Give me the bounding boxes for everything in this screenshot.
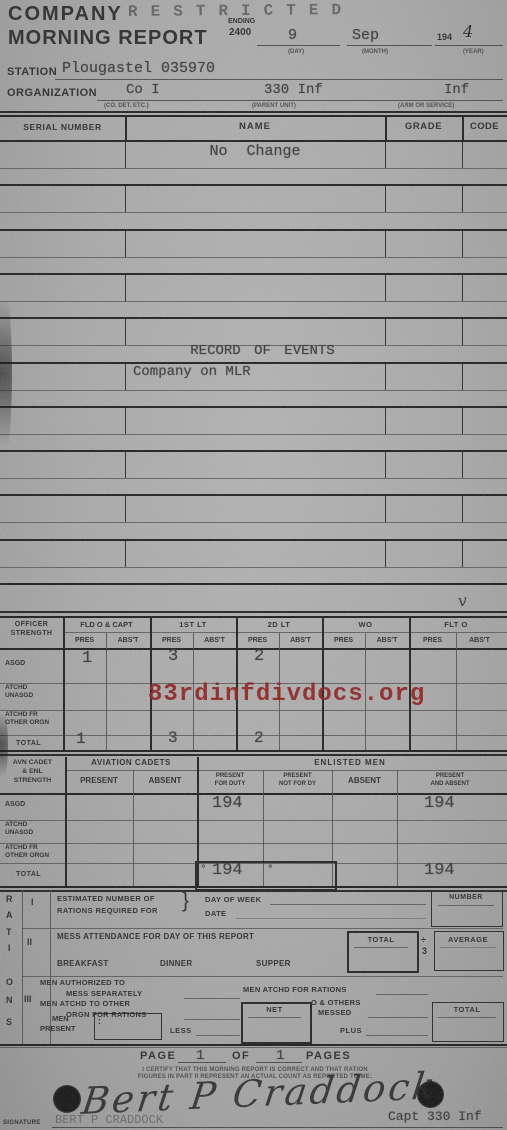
handwritten-check-mark: v: [457, 593, 468, 610]
officer-sub-pres: PRES: [409, 637, 456, 644]
officer-row-atchdfr-label-2: OTHER ORGN: [5, 720, 49, 727]
station-value: Plougastel 035970: [62, 61, 215, 76]
net-box-label: NET: [241, 1006, 308, 1014]
rations-section2-numeral: II: [27, 938, 32, 947]
roster-col-name: NAME: [125, 122, 385, 132]
officer-sub-abst: ABS'T: [365, 637, 409, 644]
officer-total-2lt-pres: 2: [254, 730, 264, 746]
plus-label: PLUS: [340, 1027, 362, 1035]
day-sublabel: (DAY): [288, 49, 304, 55]
officer-sub-pres: PRES: [322, 637, 365, 644]
avn-col-pnfd-line1: PRESENT: [263, 773, 332, 779]
avn-row-atchdfr-label-1: ATCHD FR: [5, 845, 38, 852]
form-title-line2: MORNING REPORT: [8, 28, 208, 48]
roster-col-grade: GRADE: [385, 122, 462, 132]
roster-row: [0, 273, 507, 319]
present-label: PRESENT: [40, 1025, 75, 1033]
date-day-value: 9: [288, 28, 297, 43]
messed-label: MESSED: [318, 1009, 351, 1017]
archive-watermark: 83rdinfdivdocs.org: [148, 681, 425, 708]
supper-label: SUPPER: [256, 960, 291, 968]
organization-arm: Inf: [444, 83, 469, 97]
officer-group-2d-lt: 2D LT: [236, 621, 322, 629]
rations-vertical-letter: I: [8, 944, 11, 953]
avn-row-asgd-label: ASGD: [5, 801, 25, 808]
rank-and-unit: Capt 330 Inf: [388, 1110, 482, 1123]
o-and-others-label: O & OTHERS: [311, 999, 361, 1007]
avn-col-cadet-present: PRESENT: [65, 777, 133, 785]
page-label: PAGE: [140, 1051, 176, 1062]
roster-row: [0, 362, 507, 408]
page-number: 1: [196, 1049, 204, 1063]
officer-sub-pres: PRES: [236, 637, 279, 644]
ending-time: 2400: [229, 28, 251, 38]
average-box-label: AVERAGE: [434, 936, 502, 944]
roster-row: [0, 229, 507, 275]
signature-label: SIGNATURE: [3, 1120, 41, 1126]
avn-row-total-label: TOTAL: [16, 871, 41, 878]
total-enlisted-highlight-box: [195, 861, 337, 891]
officer-row-atchd-label-2: UNASGD: [5, 693, 33, 700]
number-box-label: NUMBER: [431, 894, 501, 901]
avn-header-line2: & ENL: [0, 769, 65, 776]
ending-label: ENDING: [228, 18, 255, 25]
roster-row: [0, 494, 507, 541]
rations1-line2: RATIONS REQUIRED FOR: [57, 907, 158, 915]
avn-col-pa-line1: PRESENT: [397, 773, 503, 779]
officer-row-atchdfr-label-1: ATCHD FR: [5, 712, 38, 719]
rations-vertical-letter: A: [6, 911, 13, 920]
officer-asgd-2lt-pres: 2: [254, 648, 264, 665]
punch-hole-left: [53, 1085, 81, 1113]
divisor: 3: [422, 947, 427, 956]
date-month-value: Sep: [352, 28, 379, 43]
officer-sub-pres: PRES: [63, 637, 106, 644]
less-label: LESS: [170, 1027, 192, 1035]
rations-vertical-letter: N: [6, 996, 13, 1005]
mess-attendance-title: MESS ATTENDANCE FOR DAY OF THIS REPORT: [57, 933, 254, 941]
rations-total-box-label: TOTAL: [432, 1006, 502, 1014]
men-present-colon: :: [98, 1017, 101, 1026]
officer-sub-abst: ABS'T: [106, 637, 150, 644]
avn-col-pfd-line2: FOR DUTY: [197, 781, 263, 787]
divide-sign: ÷: [421, 936, 426, 945]
avn-total-present-and-absent: 194: [424, 862, 455, 879]
officer-asgd-fldo-pres: 1: [82, 650, 92, 667]
rations-vertical-letter: R: [6, 895, 13, 904]
rations-vertical-letter: T: [6, 928, 12, 937]
arm-sublabel: (ARM OR SERVICE): [398, 103, 454, 109]
officer-group-wo: WO: [322, 621, 409, 629]
men-present-box: [94, 1013, 162, 1040]
avn-col-enl-absent: ABSENT: [332, 777, 397, 785]
officer-total-1lt-pres: 3: [168, 730, 178, 746]
avn-group-enlisted: ENLISTED MEN: [197, 759, 503, 767]
officer-row-atchd-label-1: ATCHD: [5, 685, 27, 692]
roster-entry-no-change: No Change: [125, 144, 385, 159]
officer-sub-pres: PRES: [150, 637, 193, 644]
record-entry: Company on MLR: [133, 365, 251, 379]
men-atchd-other-line1: MEN ATCHD TO OTHER: [40, 1000, 130, 1008]
avn-header-line3: STRENGTH: [0, 778, 65, 785]
organization-parent: 330 Inf: [264, 83, 323, 97]
officer-asgd-1lt-pres: 3: [168, 648, 178, 665]
month-sublabel: (MONTH): [362, 49, 388, 55]
rations-section1-numeral: I: [31, 898, 34, 907]
of-label: OF: [232, 1051, 250, 1062]
officer-group-1st-lt: 1ST LT: [150, 621, 236, 629]
men-label: MEN: [52, 1015, 69, 1023]
roster-row: [0, 450, 507, 496]
avn-header-line1: AVN CADET: [0, 760, 65, 767]
roster-col-serial: SERIAL NUMBER: [0, 123, 125, 132]
year-printed: 194: [437, 33, 452, 42]
officer-group-fldo-capt: FLD O & CAPT: [63, 621, 150, 629]
officer-total-fldo-pres: 1: [76, 731, 86, 747]
organization-label: ORGANIZATION: [7, 88, 97, 99]
record-of-events-title: RECORD OF EVENTS: [125, 344, 400, 358]
dinner-label: DINNER: [160, 960, 192, 968]
avn-row-atchd-label-1: ATCHD: [5, 822, 27, 829]
officer-header-line1: OFFICER: [0, 621, 63, 628]
pages-label: PAGES: [306, 1051, 351, 1062]
company-sublabel: (CO. DET. ETC.): [104, 103, 149, 109]
brace-glyph: }: [182, 890, 189, 911]
avn-row-atchdfr-label-2: OTHER ORGN: [5, 853, 49, 860]
officer-header-line2: STRENGTH: [0, 630, 63, 637]
date-label: DATE: [205, 910, 226, 918]
avn-asgd-present-and-absent: 194: [424, 795, 455, 812]
officer-row-asgd-label: ASGD: [5, 660, 25, 667]
organization-company: Co I: [126, 83, 160, 97]
rations-section3-numeral: III: [24, 995, 32, 1004]
avn-group-cadets: AVIATION CADETS: [65, 759, 197, 767]
avn-col-cadet-absent: ABSENT: [133, 777, 197, 785]
officer-sub-abst: ABS'T: [193, 637, 236, 644]
form-title-line1: COMPANY: [8, 4, 123, 24]
roster-row: [0, 184, 507, 231]
mess-total-box-label: TOTAL: [347, 936, 415, 944]
breakfast-label: BREAKFAST: [57, 960, 109, 968]
men-authorized-line1: MEN AUTHORIZED TO: [40, 979, 125, 987]
officer-sub-abst: ABS'T: [279, 637, 322, 644]
mess-separately-label: MESS SEPARATELY: [66, 990, 142, 998]
total-pages: 1: [276, 1049, 284, 1063]
rations-vertical-letter: S: [6, 1018, 12, 1027]
parent-sublabel: (PARENT UNIT): [252, 103, 296, 109]
roster-row: [0, 539, 507, 585]
morning-report-document: COMPANY MORNING REPORT RESTRICTED ENDING…: [0, 0, 507, 1130]
avn-asgd-present-for-duty: 194: [212, 795, 243, 812]
officer-sub-abst: ABS'T: [456, 637, 503, 644]
year-handwritten: 4: [463, 24, 473, 40]
station-label: STATION: [7, 67, 57, 78]
avn-col-pa-line2: AND ABSENT: [397, 781, 503, 787]
avn-col-pfd-line1: PRESENT: [197, 773, 263, 779]
avn-col-pnfd-line2: NOT FOR DY: [263, 781, 332, 787]
roster-row: [0, 406, 507, 452]
year-sublabel: (YEAR): [463, 49, 484, 55]
men-atchd-for-rations-label: MEN ATCHD FOR RATIONS: [243, 986, 347, 994]
officer-row-total-label: TOTAL: [16, 740, 41, 747]
rations1-line1: ESTIMATED NUMBER OF: [57, 895, 155, 903]
officer-group-flt-o: FLT O: [409, 621, 503, 629]
roster-col-code: CODE: [462, 122, 507, 132]
avn-row-atchd-label-2: UNASGD: [5, 830, 33, 837]
day-of-week-label: DAY OF WEEK: [205, 896, 262, 904]
rations-vertical-letter: O: [6, 978, 13, 987]
